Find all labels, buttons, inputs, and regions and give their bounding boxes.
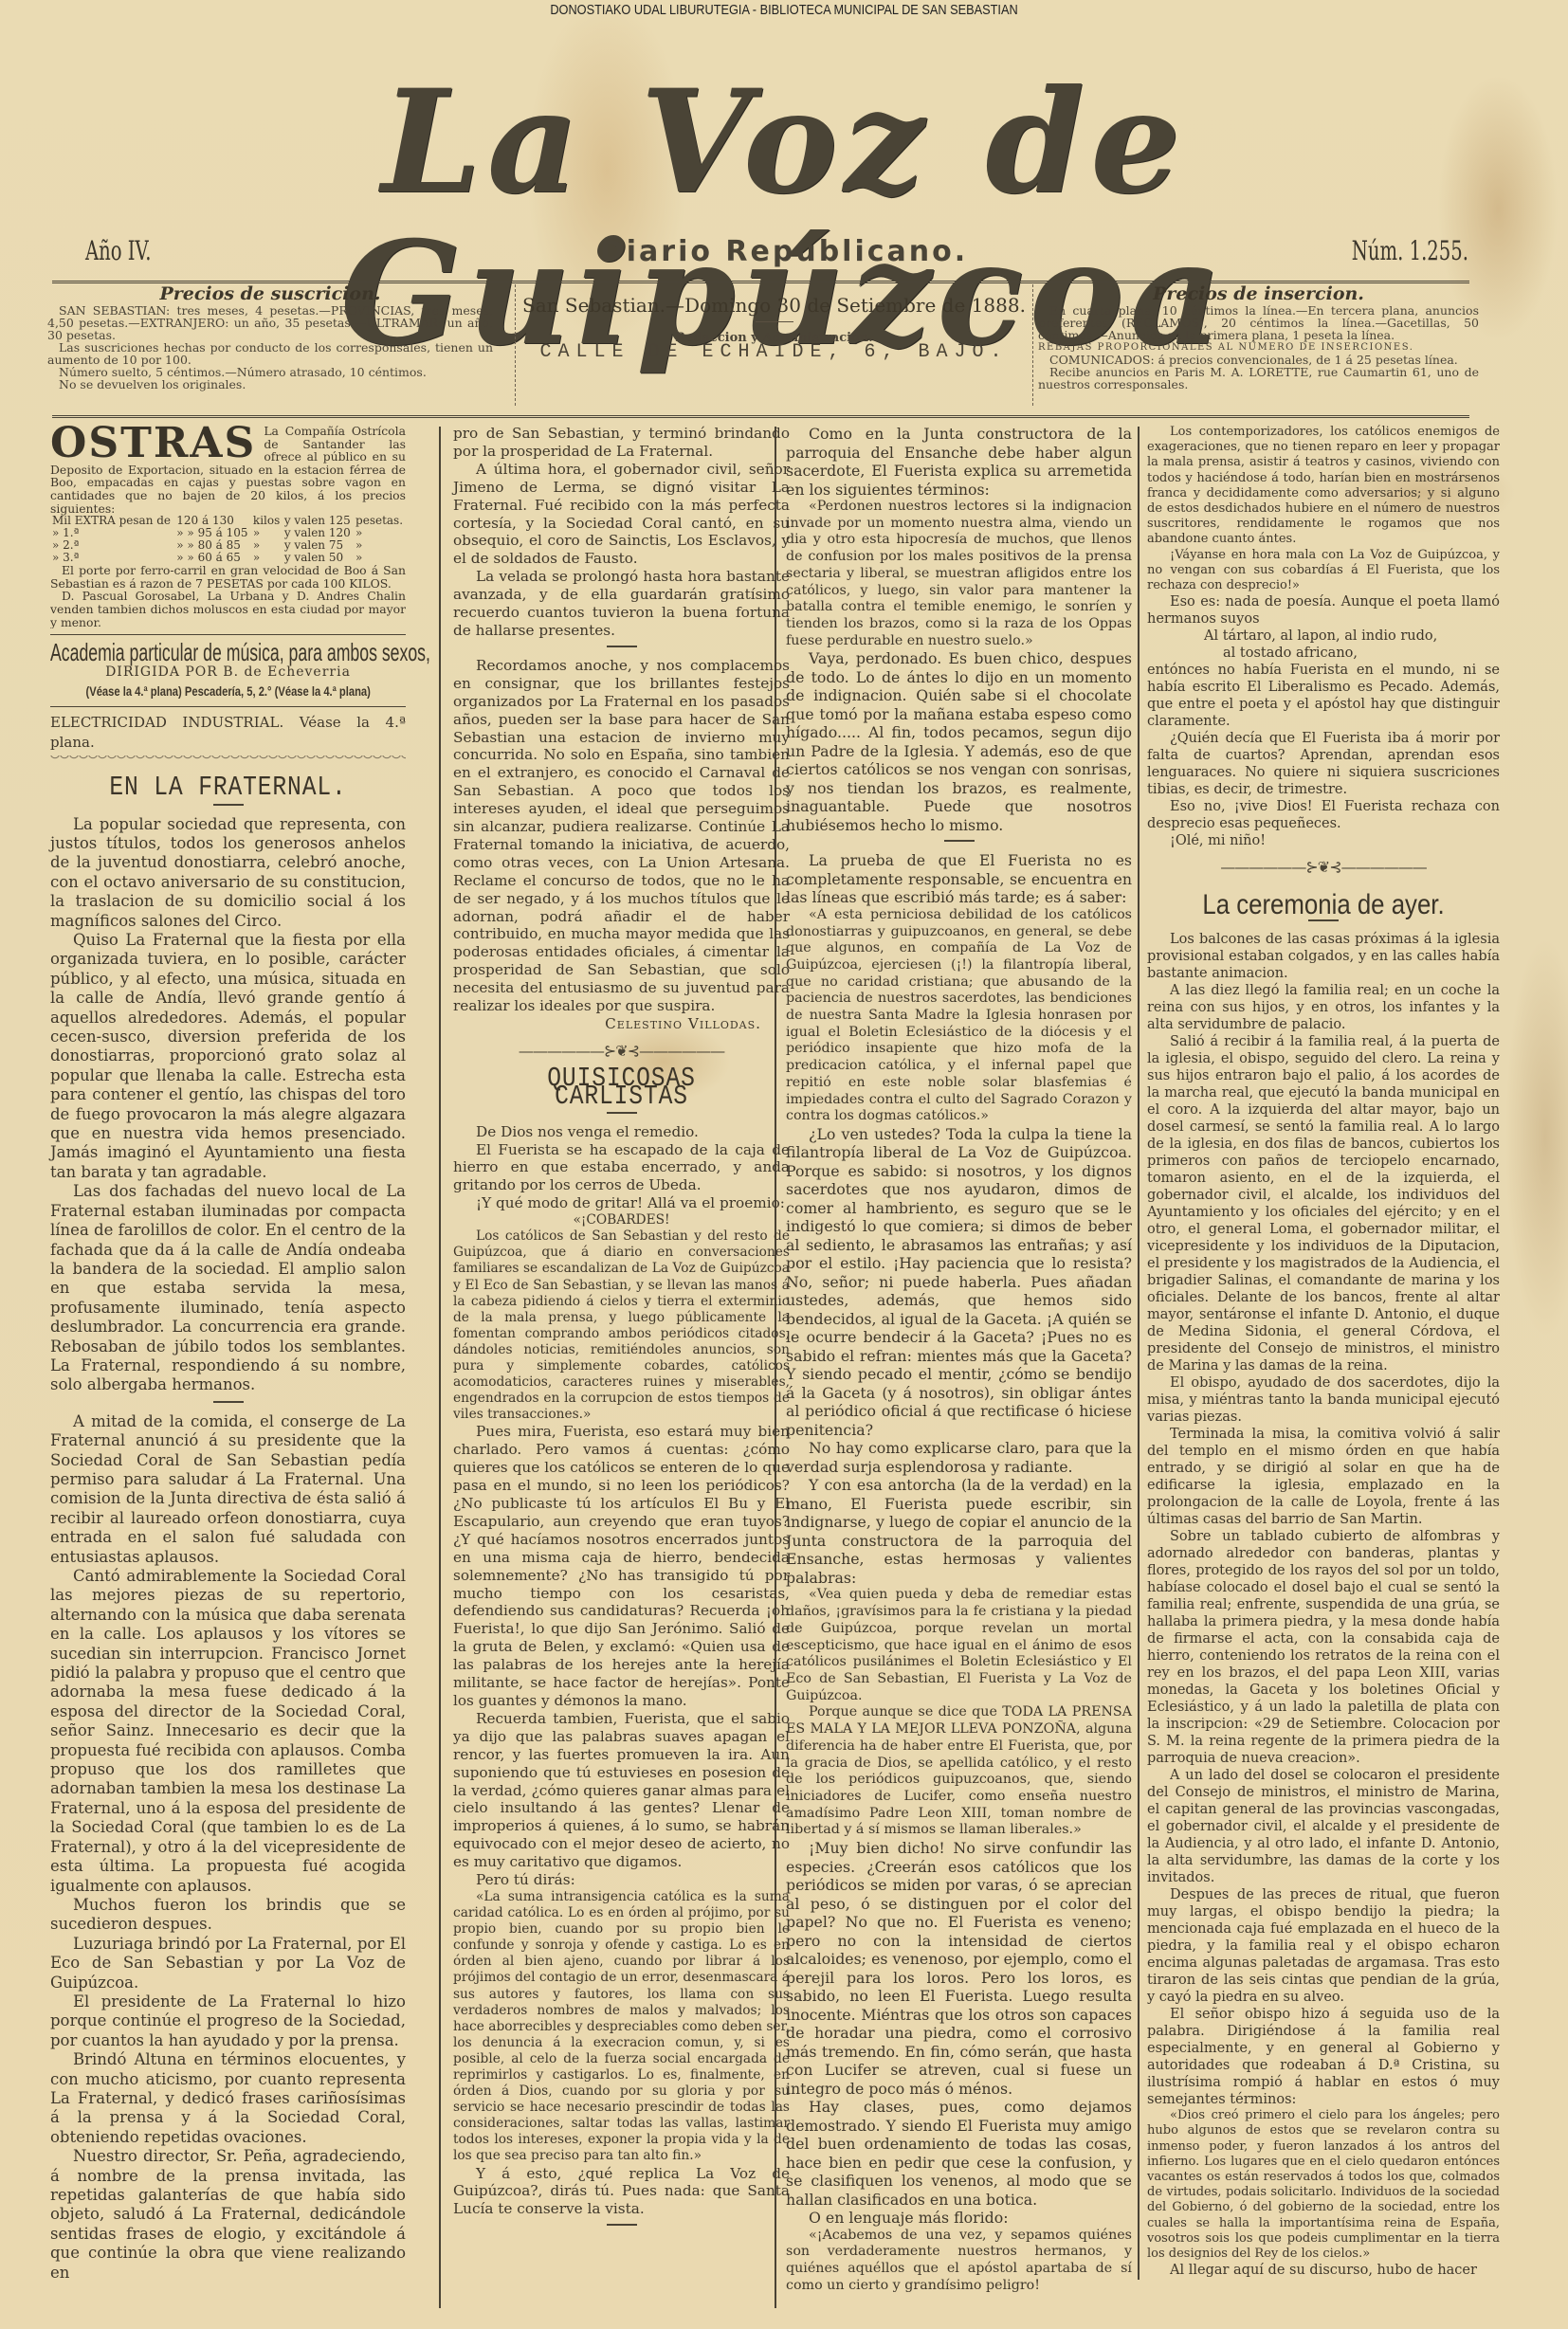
paragraph: El Fuerista se ha escapado de la caja de… <box>453 1141 790 1195</box>
headline-quisicosas: QUISICOSAS CARLISTAS <box>479 1070 765 1106</box>
masthead-subrow: Año IV. Diario Republicano. Núm. 1.255. <box>0 235 1568 273</box>
paragraph: Terminada la misa, la comitiva volvió á … <box>1147 1426 1500 1528</box>
insertion-box: Precios de insercion. En cuarta plana, 1… <box>1038 284 1479 406</box>
quote: Los católicos de San Sebastian y del res… <box>453 1228 790 1423</box>
ornamental-divider: ——————⊱❦⊰—————— <box>1147 859 1500 876</box>
verse-line: al tostado africano, <box>1147 645 1500 662</box>
paragraph: Salió á recibir á la familia real, á la … <box>1147 1033 1500 1374</box>
quote: «La suma intransigencia católica es la s… <box>453 1889 790 2165</box>
divider <box>213 1401 244 1403</box>
paragraph: De Dios nos venga el remedio. <box>453 1123 790 1141</box>
paragraph: A última hora, el gobernador civil, seño… <box>453 461 790 568</box>
subscription-box: Precios de suscricion. SAN SEBASTIAN: tr… <box>47 284 493 406</box>
paragraph: Luzuriaga brindó por La Fraternal, por E… <box>50 1935 406 1992</box>
headline-fraternal: EN LA FRATERNAL. <box>77 778 379 797</box>
divider <box>944 840 975 842</box>
divider <box>50 634 406 635</box>
paragraph: ¿Quién decía que El Fuerista iba á morir… <box>1147 730 1500 798</box>
paragraph: Despues de las preces de ritual, que fue… <box>1147 1886 1500 2006</box>
ad-academia-title: Academia particular de música, para ambo… <box>50 643 292 662</box>
article-signature: Celestino Villodas. <box>453 1015 761 1033</box>
paragraph: Las dos fachadas del nuevo local de La F… <box>50 1182 406 1394</box>
paragraph: Muchos fueron los brindis que se sucedie… <box>50 1896 406 1935</box>
headline-ceremonia: La ceremonia de ayer. <box>1172 897 1475 914</box>
column-rule <box>439 427 441 2308</box>
paragraph: Y con esa antorcha (la de la verdad) en … <box>786 1476 1132 1587</box>
insertion-line: En cuarta plana, 10 céntimos la línea.—E… <box>1038 304 1479 341</box>
subscription-line: Las suscriciones hechas por conducto de … <box>47 341 493 366</box>
oyster-price-table: Mil EXTRA pesan de120 á 130kilosy valen … <box>50 515 406 564</box>
paragraph: Vaya, perdonado. Es buen chico, despues … <box>786 649 1132 834</box>
paragraph: Recordamos anoche, y nos complacemos en … <box>453 657 790 1015</box>
paragraph: Y á esto, ¿qué replica La Voz de Guipúzc… <box>453 2165 790 2219</box>
paragraph: Hay clases, pues, como dejamos demostrad… <box>786 2098 1132 2209</box>
paragraph: Pero tú dirás: <box>453 1871 790 1889</box>
paragraph: ¡Y qué modo de gritar! Allá va el proemi… <box>453 1194 790 1212</box>
quote: Porque aunque se dice que TODA LA PRENSA… <box>786 1704 1132 1839</box>
paragraph: A mitad de la comida, el conserge de La … <box>50 1412 406 1567</box>
paragraph: La popular sociedad que representa, con … <box>50 815 406 931</box>
issue-number: Núm. 1.255. <box>1352 235 1468 266</box>
dateline-box: San Sebastian.—Domingo 30 de Setiembre d… <box>515 284 1033 406</box>
paragraph: La prueba de que El Fuerista no es compl… <box>786 851 1132 907</box>
ad-electricidad: ELECTRICIDAD INDUSTRIAL. Véase la 4.ª pl… <box>50 713 406 752</box>
paragraph: La velada se prolongó hasta hora bastant… <box>453 568 790 640</box>
issue-date: San Sebastian.—Domingo 30 de Setiembre d… <box>516 300 1032 312</box>
quote: «¡Acabemos de una vez, y sepamos quiénes… <box>786 2228 1132 2295</box>
paragraph: Eso no, ¡vive Dios! El Fuerista rechaza … <box>1147 798 1500 832</box>
divider <box>607 1112 637 1114</box>
paragraph: Recuerda tambien, Fuerista, que el sabio… <box>453 1710 790 1871</box>
paragraph: ¿Lo ven ustedes? Toda la culpa la tiene … <box>786 1125 1132 1440</box>
paragraph: ¡Muy bien dicho! No sirve confundir las … <box>786 1839 1132 2098</box>
header-bottom-rule <box>52 415 1469 418</box>
ad-ostras-sellers: D. Pascual Gorosabel, La Urbana y D. And… <box>50 590 406 628</box>
paragraph: entónces no había Fuerista en el mundo, … <box>1147 662 1500 730</box>
column-rule <box>1138 427 1140 2280</box>
wavy-divider <box>50 755 406 763</box>
quote-heading: «¡COBARDES! <box>453 1212 790 1228</box>
paragraph: Como en la Junta constructora de la parr… <box>786 425 1132 499</box>
column-2: pro de San Sebastian, y terminó brindand… <box>453 425 790 2235</box>
paragraph: Eso es: nada de poesía. Aunque el poeta … <box>1147 593 1500 628</box>
paragraph: Quiso La Fraternal que la fiesta por ell… <box>50 931 406 1182</box>
office-address: CALLE DE ECHAIDE, 6, BAJO. <box>516 346 1032 358</box>
insertion-heading: Precios de insercion. <box>1038 288 1479 300</box>
paragraph: El obispo, ayudado de dos sacerdotes, di… <box>1147 1374 1500 1426</box>
quote: «Perdonen nuestros lectores si la indign… <box>786 499 1132 649</box>
subscription-heading: Precios de suscricion. <box>47 288 493 300</box>
paragraph: Sobre un tablado cubierto de alfombras y… <box>1147 1528 1500 1767</box>
quote: «A esta perniciosa debilidad de los cató… <box>786 907 1132 1125</box>
paragraph: El presidente de La Fraternal lo hizo po… <box>50 1992 406 2050</box>
ad-ostras: OSTRAS La Compañía Ostrícola de Santande… <box>50 425 406 628</box>
quote: «Dios creó primero el cielo para los áng… <box>1147 2108 1500 2262</box>
divider <box>607 2224 637 2226</box>
column-4: Los contemporizadores, los católicos ene… <box>1147 425 1500 2279</box>
paragraph: Pues mira, Fuerista, eso estará muy bien… <box>453 1423 790 1710</box>
ornamental-divider: ——————⊱❦⊰—————— <box>453 1043 790 1061</box>
paragraph: O en lenguaje más florido: <box>786 2209 1132 2228</box>
paragraph: pro de San Sebastian, y terminó brindand… <box>453 425 790 461</box>
paragraph: Cantó admirablemente la Sociedad Coral l… <box>50 1567 406 1896</box>
divider <box>50 706 406 707</box>
paragraph: Los balcones de las casas próximas á la … <box>1147 931 1500 982</box>
quote: «Vea quien pueda y deba de remediar esta… <box>786 1587 1132 1704</box>
divider <box>756 321 793 322</box>
paragraph: No hay como explicarse claro, para que l… <box>786 1439 1132 1476</box>
quote: ¡Váyanse en hora mala con La Voz de Guip… <box>1147 548 1500 594</box>
divider <box>213 804 244 806</box>
paragraph: Al llegar aquí de su discurso, hubo de h… <box>1147 2262 1500 2279</box>
paragraph: Nuestro director, Sr. Peña, agradeciendo… <box>50 2147 406 2283</box>
column-1: OSTRAS La Compañía Ostrícola de Santande… <box>50 425 406 2283</box>
ad-academia-address: (Véase la 4.ª plana) Pescadería, 5, 2.° … <box>86 682 371 701</box>
paragraph: Brindó Altuna en términos elocuentes, y … <box>50 2050 406 2147</box>
subtitle: Diario Republicano. <box>0 235 1568 268</box>
insertion-line: Recibe anuncios en Paris M. A. LORETTE, … <box>1038 366 1479 391</box>
paragraph: El señor obispo hizo á seguida uso de la… <box>1147 2006 1500 2108</box>
subscription-line: SAN SEBASTIAN: tres meses, 4 pesetas.—PR… <box>47 304 493 341</box>
quote: Los contemporizadores, los católicos ene… <box>1147 425 1500 548</box>
paragraph: ¡Olé, mi niño! <box>1147 832 1500 849</box>
ad-ostras-title: OSTRAS <box>50 425 256 463</box>
column-3: Como en la Junta constructora de la parr… <box>786 425 1132 2294</box>
divider <box>607 646 637 647</box>
ad-ostras-freight: El porte por ferro-carril en gran veloci… <box>50 564 406 590</box>
paragraph: A las diez llegó la familia real; en un … <box>1147 982 1500 1033</box>
paragraph: A un lado del dosel se colocaron el pres… <box>1147 1767 1500 1886</box>
subscription-line: No se devuelven los originales. <box>47 378 493 391</box>
archive-header: DONOSTIAKO UDAL LIBURUTEGIA - BIBLIOTECA… <box>118 2 1450 18</box>
verse-line: Al tártaro, al lapon, al indio rudo, <box>1147 628 1500 645</box>
